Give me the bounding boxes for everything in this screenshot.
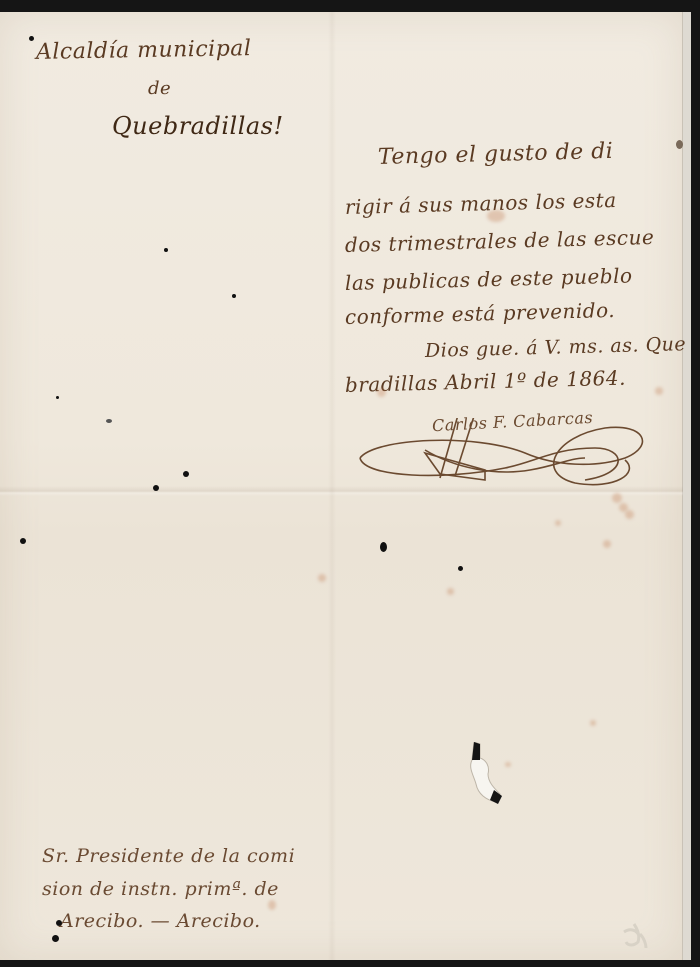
ink-blot: [56, 920, 62, 926]
addressee-line: Sr. Presidente de la comi: [42, 845, 295, 867]
paper-hole-icon: [464, 742, 504, 804]
foxing-spot: [655, 387, 663, 395]
ink-blot: [153, 485, 159, 491]
ink-blot: [164, 248, 168, 252]
addressee-line: sion de instn. primª. de: [42, 878, 279, 900]
foxing-spot: [590, 720, 596, 726]
paper-edge: [682, 12, 691, 960]
foxing-spot: [505, 762, 511, 767]
header-line-2: de: [148, 78, 171, 99]
ink-blot: [106, 419, 112, 423]
corner-damage-icon: [620, 920, 660, 950]
header-line-1: Alcaldía municipal: [36, 36, 252, 65]
vertical-fold: [328, 12, 336, 960]
ink-blot: [380, 542, 387, 552]
foxing-spot: [318, 574, 326, 582]
ink-blot: [183, 471, 189, 477]
foxing-spot: [268, 900, 276, 910]
foxing-spot: [612, 493, 622, 503]
ink-blot: [56, 396, 59, 399]
ink-blot: [232, 294, 236, 298]
foxing-spot: [377, 388, 386, 397]
signature-flourish-icon: [355, 418, 655, 498]
ink-blot: [29, 36, 34, 41]
foxing-spot: [603, 540, 611, 548]
header-line-3: Quebradillas!: [112, 112, 284, 140]
addressee-line: Arecibo. — Arecibo.: [60, 910, 261, 932]
foxing-spot: [555, 520, 561, 526]
foxing-spot: [447, 588, 454, 595]
ink-blot: [676, 140, 683, 149]
foxing-spot: [487, 210, 505, 222]
foxing-spot: [625, 510, 634, 519]
ink-blot: [20, 538, 26, 544]
ink-blot: [458, 566, 463, 571]
ink-blot: [52, 935, 59, 942]
